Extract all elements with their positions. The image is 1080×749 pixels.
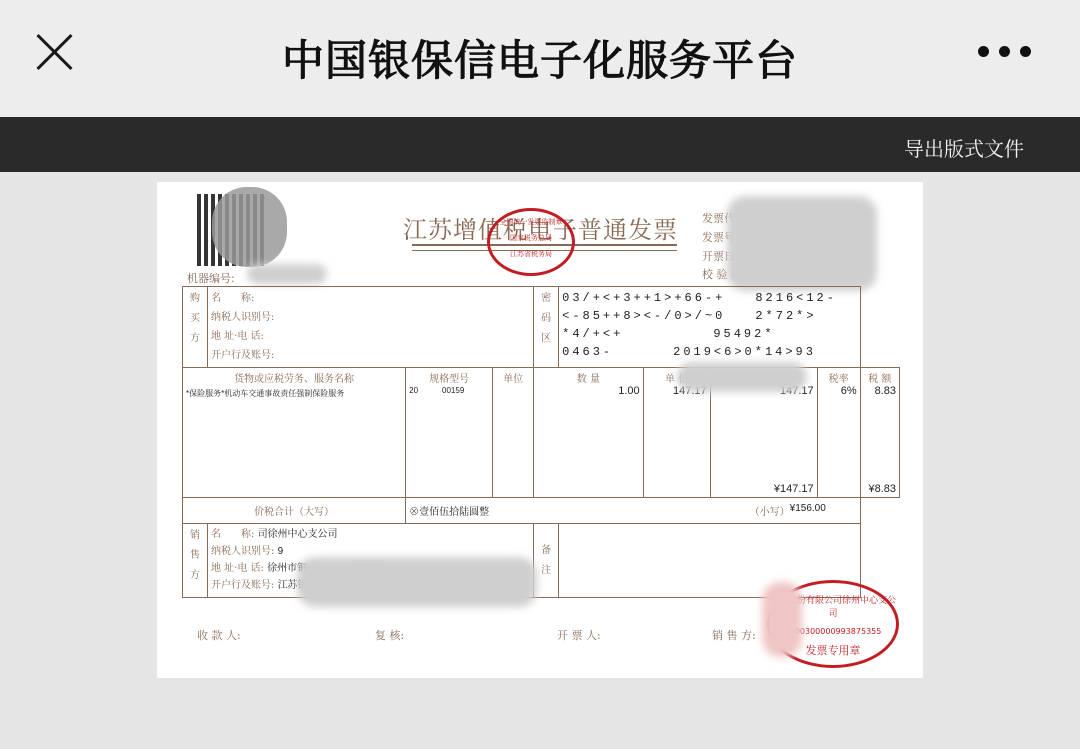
- seller-name-label: 名 称:: [211, 529, 254, 540]
- reviewer-label: 复 核:: [375, 627, 404, 643]
- top-bar: 中国银保信电子化服务平台: [0, 0, 1080, 117]
- buyer-tax-id-label: 纳税人识别号:: [211, 308, 530, 327]
- buyer-address-label: 地 址·电 话:: [211, 327, 530, 346]
- seller-address-label: 地 址·电 话:: [211, 563, 264, 574]
- col-header-unit: 单位: [496, 370, 530, 385]
- cipher-line: *4/+<+ 95492*: [562, 325, 857, 343]
- item-spec: 20 00159: [409, 385, 489, 396]
- grand-total-lower-label: （小写）: [750, 503, 790, 518]
- stamp-text: 江苏省税务局: [490, 249, 572, 259]
- redaction: [247, 264, 327, 284]
- more-icon[interactable]: [978, 44, 1032, 60]
- seller-bank-label: 开户行及账号:: [211, 580, 274, 591]
- grand-total-upper: ⊗壹佰伍拾陆圆整: [409, 507, 489, 518]
- total-amount: ¥147.17: [774, 483, 814, 495]
- grand-total-lower: ¥156.00: [790, 503, 826, 514]
- cipher-label: 密码区: [534, 287, 559, 368]
- seller-sign-label: 销 售 方:: [712, 627, 756, 643]
- grand-total-label: 价税合计（大写）: [183, 498, 406, 524]
- item-rate: 6%: [821, 385, 857, 397]
- seller-tax-id: 9: [278, 546, 284, 557]
- total-tax: ¥8.83: [868, 483, 896, 495]
- seller-name: 司徐州中心支公司: [258, 529, 338, 540]
- buyer-label: 购买方: [183, 287, 208, 368]
- col-header-name: 货物或应税劳务、服务名称: [186, 370, 402, 385]
- col-header-tax: 税 额: [864, 370, 896, 385]
- tax-stamp: 全国统一发票监制章 国家税务总局 江苏省税务局: [487, 208, 575, 276]
- invoice-table: 购买方 名 称: 纳税人识别号: 地 址·电 话: 开户行及账号: 密码区 03…: [182, 286, 900, 598]
- seller-tax-id-label: 纳税人识别号:: [211, 546, 274, 557]
- export-file-button[interactable]: 导出版式文件: [904, 133, 1024, 162]
- col-header-rate: 税率: [821, 370, 857, 385]
- redaction: [212, 187, 287, 267]
- redaction: [677, 362, 807, 392]
- payee-label: 收 款 人:: [197, 627, 241, 643]
- issuer-label: 开 票 人:: [557, 627, 601, 643]
- redaction: [297, 557, 537, 607]
- seller-label: 销售方: [183, 524, 208, 598]
- cipher-line: 03/+<+3++1>+66-+ 8216<12-: [562, 289, 857, 307]
- machine-number-label: 机器编号:: [187, 270, 235, 286]
- redaction: [727, 196, 877, 291]
- cipher-line: <-85++8><-/0>/~0 2*72*>: [562, 307, 857, 325]
- remarks-label: 备注: [534, 524, 559, 598]
- stamp-text: 国家税务总局: [490, 233, 572, 243]
- cipher-line: 0463- 2019<6>0*14>93: [562, 343, 857, 361]
- item-qty: 1.00: [537, 385, 640, 397]
- item-tax: 8.83: [864, 385, 896, 397]
- page-title: 中国银保信电子化服务平台: [0, 28, 1080, 88]
- item-name: *保险服务*机动车交通事故责任强制保险服务: [186, 388, 402, 399]
- buyer-bank-label: 开户行及账号:: [211, 346, 530, 365]
- buyer-name-label: 名 称:: [211, 289, 530, 308]
- stamp-text: 全国统一发票监制章: [490, 217, 572, 227]
- col-header-spec: 规格型号: [409, 370, 489, 385]
- invoice-document: 江苏增值税电子普通发票 全国统一发票监制章 国家税务总局 江苏省税务局 发票代码…: [157, 182, 923, 678]
- toolbar: 导出版式文件: [0, 117, 1080, 172]
- col-header-qty: 数 量: [537, 370, 640, 385]
- redaction: [762, 582, 802, 657]
